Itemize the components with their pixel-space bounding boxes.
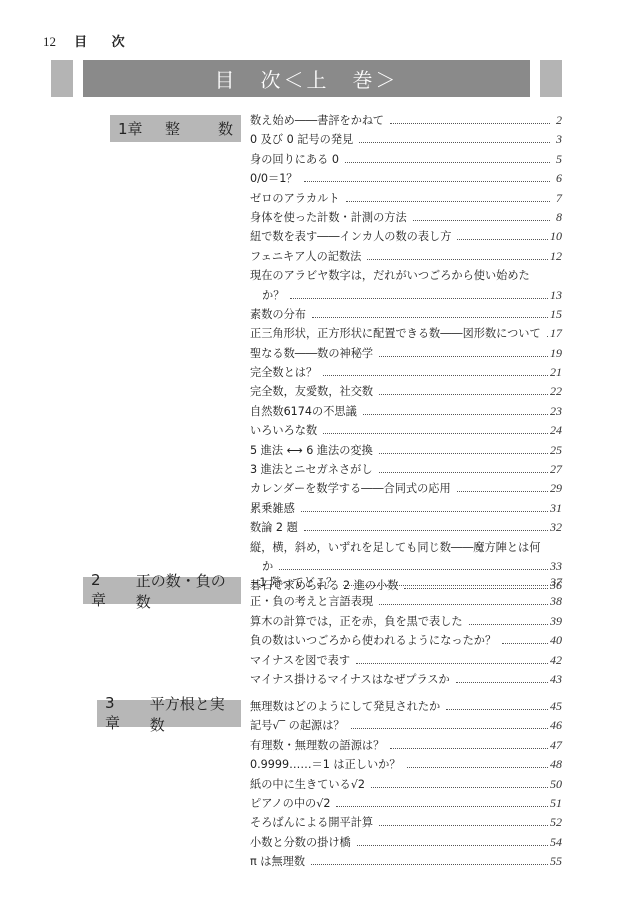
toc-entry-title: 有理数・無理数の語源は？ [250, 737, 384, 753]
toc-entry-title: 算木の計算では，正を赤，負を黒で表した [250, 613, 463, 629]
toc-entry-title: マイナスを図で表す [250, 652, 350, 668]
toc-entry[interactable]: カレンダーを数学する――合同式の応用29 [250, 480, 562, 499]
toc-entry[interactable]: フェニキア人の記数法12 [250, 248, 562, 267]
page-number: 12 [43, 34, 56, 49]
toc-entry-title: 素数の分布 [250, 306, 306, 322]
toc-entry-page: 38 [550, 594, 562, 609]
dot-leader [379, 824, 548, 826]
dot-leader [357, 844, 548, 846]
toc-entry-page: 43 [550, 672, 562, 687]
dot-leader [345, 161, 550, 163]
toc-entry-title: ピアノの中の√2 [250, 795, 330, 811]
toc-entry[interactable]: 正三角形状，正方形状に配置できる数――図形数について17 [250, 325, 562, 344]
dot-leader [279, 568, 548, 570]
toc-entry[interactable]: 聖なる数――数の神秘学19 [250, 345, 562, 364]
toc-entry-page: 24 [550, 423, 562, 438]
decorative-block-right [540, 60, 562, 97]
toc-entry-title: 身の回りにある 0 [250, 151, 339, 167]
toc-entry-title: 無理数はどのようにして発見されたか [250, 698, 440, 714]
toc-entry-title: 累乗雑感 [250, 500, 295, 516]
toc-entry[interactable]: マイナスを図で表す42 [250, 652, 562, 671]
toc-entry-title: 聖なる数――数の神秘学 [250, 345, 373, 361]
toc-entry-title: 記号√‾ の起源は？ [250, 717, 345, 733]
toc-entry-title: ゼロのアラカルト [250, 190, 340, 206]
running-head: 12 目 次 [43, 31, 135, 50]
toc-entry-title: −1 階ってどこ？ [250, 574, 337, 590]
toc-entry-title: マイナス掛けるマイナスはなぜプラスか [250, 671, 450, 687]
dot-leader [390, 747, 548, 749]
toc-entry[interactable]: ピアノの中の√251 [250, 795, 562, 814]
toc-entry[interactable]: マイナス掛けるマイナスはなぜプラスか43 [250, 671, 562, 690]
toc-entry-page: 32 [550, 520, 562, 535]
toc-entry-title: そろばんによる開平計算 [250, 814, 373, 830]
dot-leader [379, 452, 548, 454]
dot-leader [290, 297, 548, 299]
dot-leader [547, 335, 548, 337]
dot-leader [301, 510, 548, 512]
toc-entry[interactable]: 0.9999……＝1 は正しいか？48 [250, 756, 562, 775]
toc-entry[interactable]: か？13 [250, 287, 562, 306]
toc-entry[interactable]: いろいろな数24 [250, 422, 562, 441]
toc-entry-title: 0 及び 0 記号の発見 [250, 131, 353, 147]
toc-entry[interactable]: そろばんによる開平計算52 [250, 814, 562, 833]
toc-entry-page: 45 [550, 699, 562, 714]
toc-entry-page: 21 [550, 365, 562, 380]
chapter-3-entries: 無理数はどのようにして発見されたか45記号√‾ の起源は？46有理数・無理数の語… [250, 698, 562, 873]
dot-leader [371, 786, 548, 788]
toc-entry-title: 0/0＝1？ [250, 170, 298, 186]
dot-leader [456, 681, 548, 683]
toc-entry[interactable]: π は無理数55 [250, 853, 562, 872]
toc-entry-page: 2 [552, 113, 562, 128]
toc-entry[interactable]: 3 進法とニセガネさがし27 [250, 461, 562, 480]
toc-entry-page: 17 [550, 326, 562, 341]
toc-entry-page: 23 [550, 404, 562, 419]
toc-entry-title: 紐で数を表す――インカ人の数の表し方 [250, 228, 451, 244]
toc-entry-title: カレンダーを数学する――合同式の応用 [250, 480, 451, 496]
toc-entry[interactable]: 紐で数を表す――インカ人の数の表し方10 [250, 228, 562, 247]
dot-leader [413, 219, 550, 221]
dot-leader [379, 603, 548, 605]
dot-leader [312, 316, 548, 318]
toc-entry-page: 29 [550, 481, 562, 496]
chapter-name: 平方根と実数 [150, 693, 233, 735]
toc-entry[interactable]: 完全数，友愛数，社交数22 [250, 383, 562, 402]
toc-entry-title: 小数と分数の掛け橋 [250, 834, 351, 850]
dot-leader [502, 642, 548, 644]
dot-leader [363, 413, 548, 415]
toc-entry-title: 完全数，友愛数，社交数 [250, 383, 373, 399]
toc-entry[interactable]: 完全数とは？21 [250, 364, 562, 383]
dot-leader [457, 490, 548, 492]
toc-entry-page: 25 [550, 443, 562, 458]
dot-leader [379, 393, 548, 395]
dot-leader [323, 374, 548, 376]
toc-entry-title: 数え始め――書評をかねて [250, 112, 384, 128]
chapter-name: 正の数・負の数 [136, 570, 233, 612]
toc-entry[interactable]: 5 進法 ⟷ 6 進法の変換25 [250, 442, 562, 461]
toc-entry-page: 37 [550, 575, 562, 590]
toc-entry-title: π は無理数 [250, 853, 305, 869]
toc-entry-title: 完全数とは？ [250, 364, 317, 380]
toc-entry-page: 48 [550, 757, 562, 772]
toc-entry-title: 0.9999……＝1 は正しいか？ [250, 756, 401, 772]
toc-entry-title: 5 進法 ⟷ 6 進法の変換 [250, 442, 373, 458]
toc-entry[interactable]: 負の数はいつごろから使われるようになったか？40 [250, 632, 562, 651]
dot-leader [359, 141, 550, 143]
toc-entry-page: 47 [550, 738, 562, 753]
toc-entry[interactable]: 正・負の考えと言語表現38 [250, 593, 562, 612]
chapter-label-3: 3章 平方根と実数 [97, 700, 241, 727]
toc-entry-page: 13 [550, 288, 562, 303]
dot-leader [446, 708, 548, 710]
toc-entry[interactable]: 紙の中に生きている√250 [250, 776, 562, 795]
chapter-2-entries: −1 階ってどこ？37正・負の考えと言語表現38算木の計算では，正を赤，負を黒で… [250, 574, 562, 690]
toc-entry-page: 39 [550, 614, 562, 629]
toc-entry-page: 50 [550, 777, 562, 792]
dot-leader [323, 432, 548, 434]
toc-entry[interactable]: ゼロのアラカルト7 [250, 190, 562, 209]
running-head-title: 目 次 [74, 35, 135, 50]
toc-entry-title: 正・負の考えと言語表現 [250, 593, 373, 609]
dot-leader [311, 863, 548, 865]
toc-entry-title: か？ [250, 287, 284, 303]
dot-leader [336, 805, 548, 807]
toc-entry[interactable]: 0/0＝1？6 [250, 170, 562, 189]
chapter-1-entries: 数え始め――書評をかねて20 及び 0 記号の発見3身の回りにある 050/0＝… [250, 112, 562, 597]
toc-entry[interactable]: 無理数はどのようにして発見されたか45 [250, 698, 562, 717]
dot-leader [379, 355, 548, 357]
toc-entry[interactable]: 数え始め――書評をかねて2 [250, 112, 562, 131]
dot-leader [351, 727, 548, 729]
toc-entry-page: 7 [552, 191, 562, 206]
toc-entry-page: 19 [550, 346, 562, 361]
dot-leader [390, 122, 550, 124]
toc-entry-page: 40 [550, 633, 562, 648]
toc-entry-title: 現在のアラビヤ数字は，だれがいつごろから使い始めた [250, 267, 530, 283]
dot-leader [379, 471, 548, 473]
toc-entry[interactable]: 小数と分数の掛け橋54 [250, 834, 562, 853]
dot-leader [343, 584, 548, 586]
dot-leader [356, 662, 548, 664]
toc-entry-title: いろいろな数 [250, 422, 317, 438]
dot-leader [407, 766, 548, 768]
toc-entry-title: 数論 2 題 [250, 519, 298, 535]
toc-entry[interactable]: 身の回りにある 05 [250, 151, 562, 170]
dot-leader [457, 238, 548, 240]
toc-entry-title: 負の数はいつごろから使われるようになったか？ [250, 632, 496, 648]
toc-entry-page: 27 [550, 462, 562, 477]
toc-entry[interactable]: −1 階ってどこ？37 [250, 574, 562, 593]
toc-entry[interactable]: 素数の分布15 [250, 306, 562, 325]
toc-entry-page: 5 [552, 152, 562, 167]
toc-entry-page: 31 [550, 501, 562, 516]
toc-entry-page: 6 [552, 171, 562, 186]
toc-entry-title: 縦，横，斜め，いずれを足しても同じ数――魔方陣とは何 [250, 539, 540, 555]
chapter-label-1: 1章 整数 [110, 115, 241, 142]
toc-entry-page: 54 [550, 835, 562, 850]
toc-entry-title: 3 進法とニセガネさがし [250, 461, 373, 477]
toc-entry-page: 3 [552, 132, 562, 147]
toc-entry[interactable]: 算木の計算では，正を赤，負を黒で表した39 [250, 613, 562, 632]
toc-entry[interactable]: 身体を使った計数・計測の方法8 [250, 209, 562, 228]
dot-leader [304, 180, 551, 182]
decorative-block-left [51, 60, 73, 97]
toc-entry-page: 52 [550, 815, 562, 830]
toc-entry-page: 12 [550, 249, 562, 264]
toc-entry-page: 22 [550, 384, 562, 399]
toc-entry-title: 正三角形状，正方形状に配置できる数――図形数について [250, 325, 541, 341]
toc-entry-title: 紙の中に生きている√2 [250, 776, 365, 792]
toc-entry-page: 8 [552, 210, 562, 225]
toc-entry-title: 自然数6174の不思議 [250, 403, 357, 419]
toc-entry-page: 46 [550, 718, 562, 733]
chapter-label-2: 2章 正の数・負の数 [83, 577, 241, 604]
toc-entry[interactable]: 累乗雑感31 [250, 500, 562, 519]
toc-entry[interactable]: 数論 2 題32 [250, 519, 562, 538]
toc-entry[interactable]: 現在のアラビヤ数字は，だれがいつごろから使い始めた [250, 267, 562, 286]
toc-entry[interactable]: 記号√‾ の起源は？46 [250, 717, 562, 736]
toc-entry[interactable]: 有理数・無理数の語源は？47 [250, 737, 562, 756]
chapter-number: 3章 [105, 694, 128, 733]
toc-entry-page: 42 [550, 653, 562, 668]
dot-leader [304, 529, 548, 531]
toc-entry-title: 身体を使った計数・計測の方法 [250, 209, 407, 225]
toc-entry-page: 10 [550, 229, 562, 244]
page-title-bar: 目 次＜上 巻＞ [83, 60, 530, 97]
toc-entry-title: フェニキア人の記数法 [250, 248, 361, 264]
dot-leader [346, 200, 550, 202]
dot-leader [469, 623, 548, 625]
page-title: 目 次＜上 巻＞ [215, 64, 399, 93]
chapter-number: 1章 [118, 118, 143, 139]
toc-entry[interactable]: 自然数6174の不思議23 [250, 403, 562, 422]
toc-entry-title: か [250, 558, 273, 574]
chapter-number: 2章 [91, 571, 114, 610]
toc-entry-page: 55 [550, 854, 562, 869]
toc-entry-page: 15 [550, 307, 562, 322]
toc-entry[interactable]: 0 及び 0 記号の発見3 [250, 131, 562, 150]
toc-entry[interactable]: 縦，横，斜め，いずれを足しても同じ数――魔方陣とは何 [250, 539, 562, 558]
toc-entry-page: 51 [550, 796, 562, 811]
toc-entry-page: 33 [550, 559, 562, 574]
dot-leader [367, 258, 548, 260]
